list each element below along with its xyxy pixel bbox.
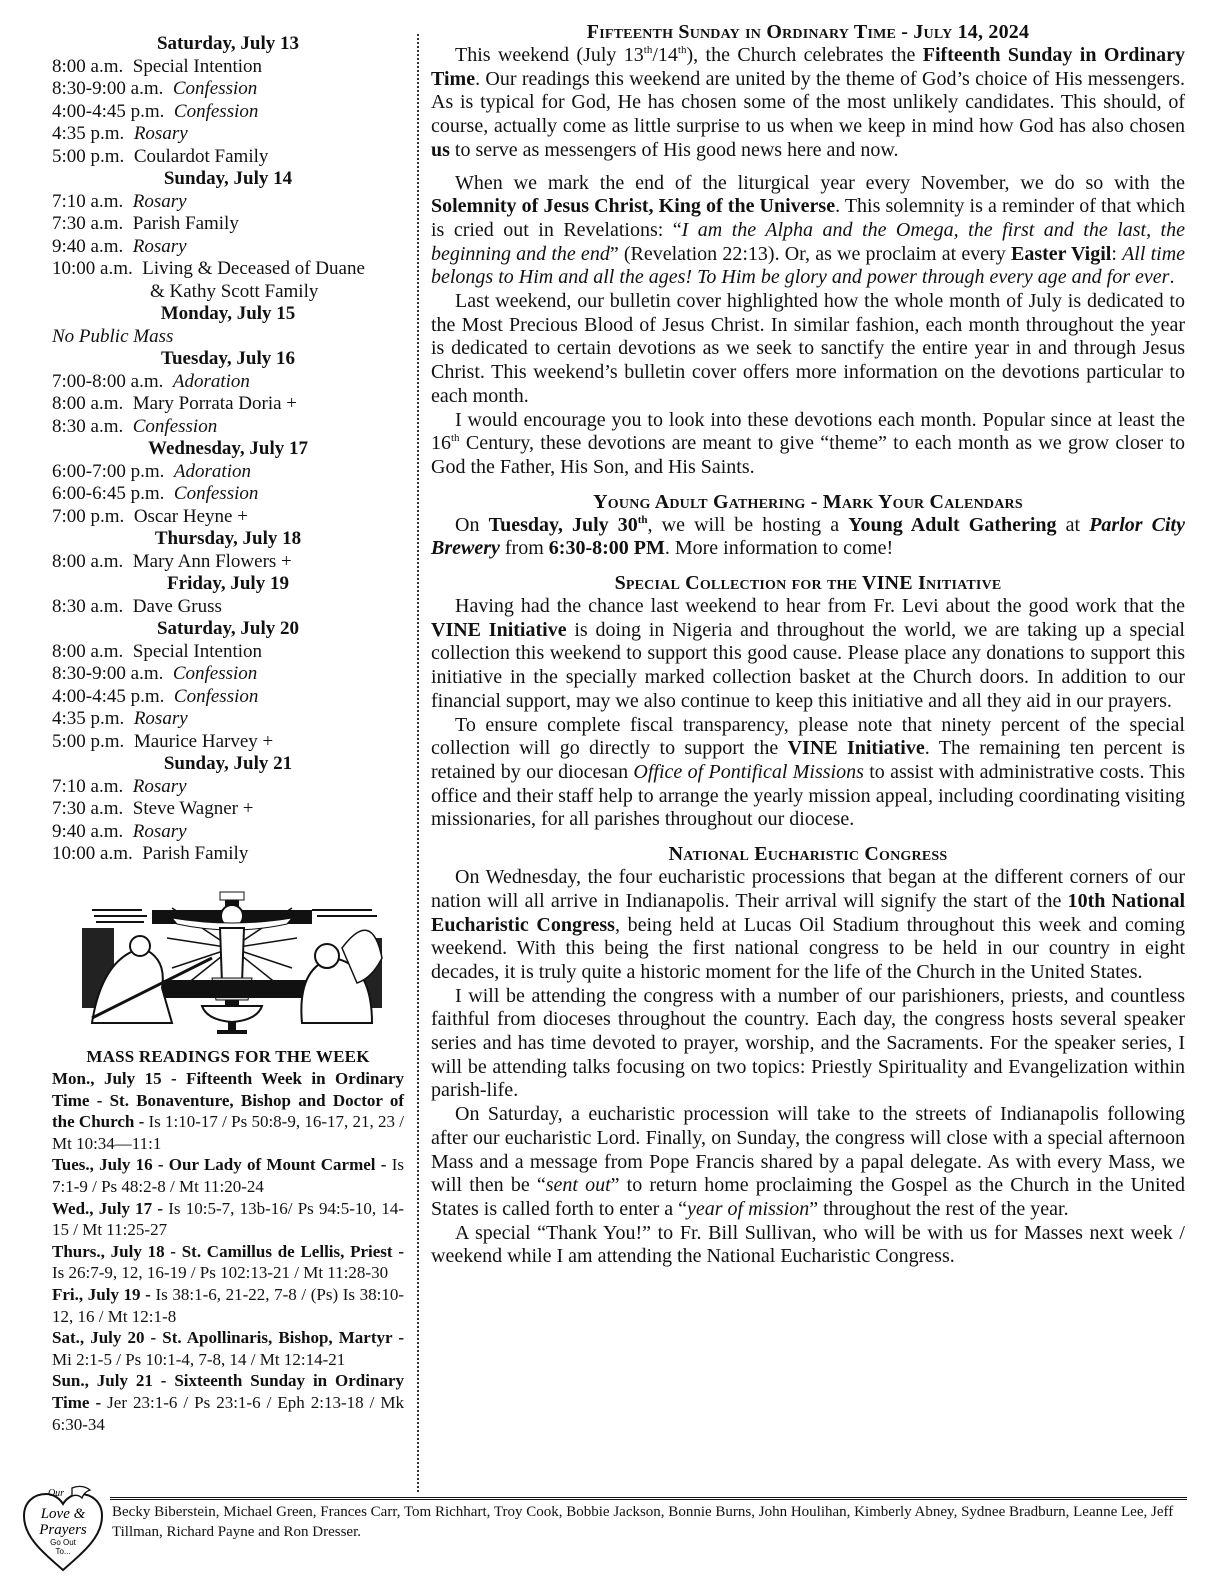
schedule-entry: 8:30-9:00 a.m. Confession <box>52 78 404 101</box>
article-title: Fifteenth Sunday in Ordinary Time - July… <box>431 20 1185 44</box>
svg-text:To...: To... <box>55 1547 70 1556</box>
schedule-entry: 7:00 p.m. Oscar Heyne + <box>52 506 404 529</box>
schedule-entry: 4:00-4:45 p.m. Confession <box>52 101 404 124</box>
schedule-time: 4:00-4:45 p.m. <box>52 101 164 122</box>
schedule-time: 4:00-4:45 p.m. <box>52 686 164 707</box>
vine-paragraph-1: Having had the chance last weekend to he… <box>431 595 1185 714</box>
schedule-intention: Special Intention <box>133 56 262 77</box>
schedule-time: 8:00 a.m. <box>52 641 123 662</box>
schedule-intention: Rosary <box>134 123 188 144</box>
schedule-day-heading: Tuesday, July 16 <box>52 348 404 371</box>
reading-item: Tues., July 16 - Our Lady of Mount Carme… <box>52 1154 404 1197</box>
schedule-entry: 4:35 p.m. Rosary <box>52 708 404 731</box>
crucifixion-illustration <box>72 888 392 1038</box>
schedule-entry: 7:30 a.m. Steve Wagner + <box>52 798 404 821</box>
reading-item: Sat., July 20 - St. Apollinaris, Bishop,… <box>52 1327 404 1370</box>
schedule-intention: Parish Family <box>142 843 248 864</box>
vine-title: Special Collection for the VINE Initiati… <box>431 571 1185 595</box>
svg-text:Our: Our <box>48 1488 64 1499</box>
schedule-day-heading: Friday, July 19 <box>52 573 404 596</box>
schedule-time: 4:35 p.m. <box>52 123 124 144</box>
schedule-entry: 8:30 a.m. Dave Gruss <box>52 596 404 619</box>
schedule-time: 8:30-9:00 a.m. <box>52 78 163 99</box>
schedule-intention: Rosary <box>133 776 187 797</box>
young-adult-paragraph: On Tuesday, July 30th, we will be hostin… <box>431 514 1185 561</box>
schedule-entry-continuation: & Kathy Scott Family <box>52 281 404 304</box>
schedule-entry: 8:00 a.m. Mary Porrata Doria + <box>52 393 404 416</box>
congress-paragraph-2: I will be attending the congress with a … <box>431 985 1185 1104</box>
schedule-time: 10:00 a.m. <box>52 258 133 279</box>
schedule-entry: 9:40 a.m. Rosary <box>52 236 404 259</box>
schedule-entry: 9:40 a.m. Rosary <box>52 821 404 844</box>
schedule-entry: 10:00 a.m. Parish Family <box>52 843 404 866</box>
schedule-day-heading: Sunday, July 21 <box>52 753 404 776</box>
schedule-intention: Mary Ann Flowers + <box>133 551 292 572</box>
schedule-day-heading: Thursday, July 18 <box>52 528 404 551</box>
schedule-intention: Confession <box>174 101 258 122</box>
schedule-entry: 5:00 p.m. Maurice Harvey + <box>52 731 404 754</box>
schedule-intention: Confession <box>173 78 257 99</box>
schedule-time: 7:30 a.m. <box>52 798 123 819</box>
svg-text:Prayers: Prayers <box>38 1522 87 1538</box>
schedule-intention: Confession <box>173 663 257 684</box>
article-paragraph-2: When we mark the end of the liturgical y… <box>431 172 1185 291</box>
column-divider <box>417 34 419 1492</box>
schedule-time: 8:30-9:00 a.m. <box>52 663 163 684</box>
schedule-intention: Coulardot Family <box>134 146 269 167</box>
schedule-time: 5:00 p.m. <box>52 731 124 752</box>
schedule-entry: 7:10 a.m. Rosary <box>52 776 404 799</box>
footer-rule <box>110 1497 1187 1500</box>
reading-item: Wed., July 17 - Is 10:5-7, 13b-16/ Ps 94… <box>52 1198 404 1241</box>
schedule-entry: No Public Mass <box>52 326 404 349</box>
schedule-intention: Steve Wagner + <box>133 798 254 819</box>
crucifixion-icon <box>72 888 392 1038</box>
schedule-entry: 4:00-4:45 p.m. Confession <box>52 686 404 709</box>
schedule-day-heading: Monday, July 15 <box>52 303 404 326</box>
love-prayers-heart-logo: Our Love & Prayers Go Out To... <box>20 1482 106 1574</box>
prayer-list-names: Becky Biberstein, Michael Green, Frances… <box>112 1503 1192 1542</box>
reading-item: Fri., July 19 - Is 38:1-6, 21-22, 7-8 / … <box>52 1284 404 1327</box>
schedule-intention: No Public Mass <box>52 326 173 347</box>
schedule-time: 9:40 a.m. <box>52 821 123 842</box>
schedule-time: 8:00 a.m. <box>52 56 123 77</box>
schedule-entry: 8:00 a.m. Special Intention <box>52 56 404 79</box>
article-paragraph-1: This weekend (July 13th/14th), the Churc… <box>431 44 1185 163</box>
heart-icon: Our Love & Prayers Go Out To... <box>20 1482 106 1574</box>
schedule-entry: 6:00-6:45 p.m. Confession <box>52 483 404 506</box>
svg-text:Love &: Love & <box>40 1506 86 1522</box>
mass-schedule: Saturday, July 138:00 a.m. Special Inten… <box>52 33 404 866</box>
schedule-time: 10:00 a.m. <box>52 843 133 864</box>
schedule-time: 8:30 a.m. <box>52 596 123 617</box>
schedule-entry: 8:00 a.m. Mary Ann Flowers + <box>52 551 404 574</box>
schedule-day-heading: Saturday, July 20 <box>52 618 404 641</box>
schedule-entry: 6:00-7:00 p.m. Adoration <box>52 461 404 484</box>
schedule-entry: 7:00-8:00 a.m. Adoration <box>52 371 404 394</box>
schedule-time: 8:00 a.m. <box>52 551 123 572</box>
schedule-time: 6:00-7:00 p.m. <box>52 461 164 482</box>
schedule-intention: Confession <box>174 686 258 707</box>
article-paragraph-4: I would encourage you to look into these… <box>431 409 1185 480</box>
schedule-time: 8:30 a.m. <box>52 416 123 437</box>
congress-paragraph-3: On Saturday, a eucharistic procession wi… <box>431 1103 1185 1222</box>
schedule-day-heading: Saturday, July 13 <box>52 33 404 56</box>
schedule-entry: 7:30 a.m. Parish Family <box>52 213 404 236</box>
congress-title: National Eucharistic Congress <box>431 842 1185 866</box>
schedule-intention: Confession <box>174 483 258 504</box>
schedule-time: 6:00-6:45 p.m. <box>52 483 164 504</box>
schedule-intention: Rosary <box>134 708 188 729</box>
schedule-entry: 8:00 a.m. Special Intention <box>52 641 404 664</box>
schedule-intention: Living & Deceased of Duane <box>142 258 365 279</box>
schedule-entry: 8:30 a.m. Confession <box>52 416 404 439</box>
schedule-time: 8:00 a.m. <box>52 393 123 414</box>
schedule-intention: Adoration <box>173 371 250 392</box>
readings-title: MASS READINGS FOR THE WEEK <box>52 1046 404 1068</box>
congress-paragraph-4: A special “Thank You!” to Fr. Bill Sulli… <box>431 1222 1185 1269</box>
vine-paragraph-2: To ensure complete fiscal transparency, … <box>431 714 1185 833</box>
article-paragraph-3: Last weekend, our bulletin cover highlig… <box>431 290 1185 409</box>
young-adult-title: Young Adult Gathering - Mark Your Calend… <box>431 490 1185 514</box>
schedule-time: 7:10 a.m. <box>52 191 123 212</box>
congress-paragraph-1: On Wednesday, the four eucharistic proce… <box>431 866 1185 985</box>
schedule-intention: Parish Family <box>133 213 239 234</box>
schedule-intention: Rosary <box>133 236 187 257</box>
reading-item: Thurs., July 18 - St. Camillus de Lellis… <box>52 1241 404 1284</box>
schedule-time: 4:35 p.m. <box>52 708 124 729</box>
schedule-entry: 4:35 p.m. Rosary <box>52 123 404 146</box>
svg-text:Go Out: Go Out <box>50 1538 77 1547</box>
schedule-intention: Maurice Harvey + <box>134 731 273 752</box>
reading-item: Mon., July 15 - Fifteenth Week in Ordina… <box>52 1068 404 1154</box>
schedule-time: 7:00 p.m. <box>52 506 124 527</box>
schedule-time: 9:40 a.m. <box>52 236 123 257</box>
schedule-intention: Adoration <box>174 461 251 482</box>
schedule-intention: Rosary <box>133 191 187 212</box>
reading-item: Sun., July 21 - Sixteenth Sunday in Ordi… <box>52 1370 404 1435</box>
schedule-intention: Confession <box>133 416 217 437</box>
schedule-time: 5:00 p.m. <box>52 146 124 167</box>
schedule-intention: Special Intention <box>133 641 262 662</box>
mass-readings: MASS READINGS FOR THE WEEK Mon., July 15… <box>52 1046 404 1435</box>
schedule-entry: 10:00 a.m. Living & Deceased of Duane <box>52 258 404 281</box>
schedule-intention: Dave Gruss <box>133 596 222 617</box>
schedule-day-heading: Wednesday, July 17 <box>52 438 404 461</box>
schedule-time: 7:10 a.m. <box>52 776 123 797</box>
schedule-entry: 8:30-9:00 a.m. Confession <box>52 663 404 686</box>
pastor-column: Fifteenth Sunday in Ordinary Time - July… <box>431 20 1185 1269</box>
schedule-day-heading: Sunday, July 14 <box>52 168 404 191</box>
schedule-time: 7:00-8:00 a.m. <box>52 371 163 392</box>
schedule-intention: Mary Porrata Doria + <box>133 393 297 414</box>
schedule-intention: Rosary <box>133 821 187 842</box>
schedule-time: 7:30 a.m. <box>52 213 123 234</box>
schedule-entry: 7:10 a.m. Rosary <box>52 191 404 214</box>
schedule-intention: Oscar Heyne + <box>134 506 248 527</box>
schedule-entry: 5:00 p.m. Coulardot Family <box>52 146 404 169</box>
